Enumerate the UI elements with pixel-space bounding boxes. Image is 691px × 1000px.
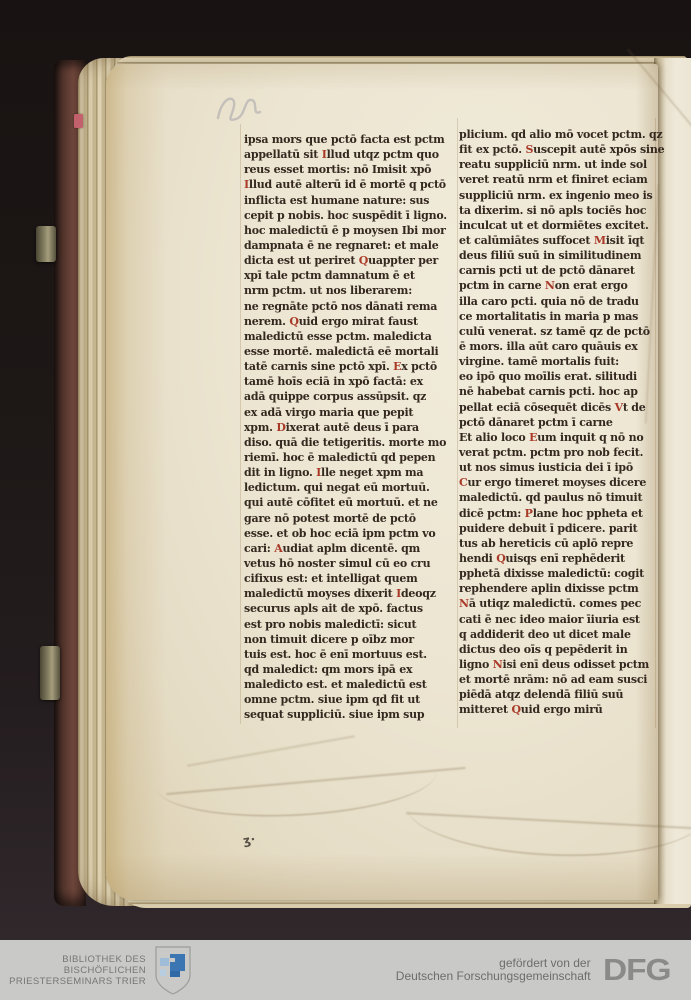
manuscript-line: et calūmiātes suffocet Misit īqt [459,233,659,248]
rubricated-initial: I [316,466,321,479]
manuscript-line: ipsa mors que pctō facta est pctm [244,132,458,147]
manuscript-line: veret reatū nrm et finiret eciam [459,172,659,187]
rubricated-initial: I [396,587,401,600]
rubricated-initial: D [276,421,285,434]
page-fold-arc [154,737,437,824]
manuscript-line: tuis est. hoc ē enī mortuus est. [244,647,458,662]
manuscript-line: adā quippe corpus assūpsit. qz [244,389,458,404]
manuscript-line: cifixus est: et intelligat quem [244,571,458,586]
manuscript-line: qd maledict: qm mors ipā ex [244,662,458,677]
manuscript-line: ligno Nisi enī deus odisset pctm [459,657,659,672]
manuscript-line: fit ex pctō. Suscepit autē xpōs sine [459,142,659,157]
manuscript-line: nrm pctm. ut nos liberarem: [244,283,458,298]
manuscript-line: riemī. hoc ē maledictū qd pepen [244,450,458,465]
manuscript-line: piēdā atqz delendā filiū suū [459,687,659,702]
manuscript-line: dit in ligno. Ille neget xpm ma [244,465,458,480]
funding-text-line2: Deutschen Forschungsgemeinschaft [396,970,591,984]
library-name-line3: PRIESTERSEMINARS TRIER [6,976,146,987]
page-crease [187,735,355,766]
manuscript-line: Cur ergo timeret moyses dicere [459,475,659,490]
manuscript-line: hoc maledictū ē p moysen Ibi mor [244,223,458,238]
manuscript-line: tatē carnis sine pctō xpī. Ex pctō [244,359,458,374]
manuscript-line: vetus hō noster simul cū eo cru [244,556,458,571]
manuscript-line: appellatū sit Illud utqz pctm quo [244,147,458,162]
manuscript-line: illa caro pcti. quia nō de tradu [459,294,659,309]
manuscript-line: suppliciū nrm. ex ingenio meo is [459,188,659,203]
rubricated-initial: N [459,597,469,610]
manuscript-line: culū venerat. sz tamē qz de pctō [459,324,659,339]
rubricated-initial: I [244,178,249,191]
manuscript-line: pctm in carne Non erat ergo [459,278,659,293]
rubricated-initial: Q [289,315,298,328]
manuscript-line: verat pctm. pctm pro nob fecit. [459,445,659,460]
library-credit: BIBLIOTHEK DES BISCHÖFLICHEN PRIESTERSEM… [6,942,194,998]
library-name: BIBLIOTHEK DES BISCHÖFLICHEN PRIESTERSEM… [6,954,146,987]
manuscript-line: qui autē cōfitet eū mortuū. et ne [244,495,458,510]
rubricated-initial: N [545,279,555,292]
clasp-top [36,226,56,262]
rubricated-initial: Q [511,703,520,716]
manuscript-line: pellat eciā cōsequēt dicēs Vt de [459,400,659,415]
library-name-line2: BISCHÖFLICHEN [6,965,146,976]
manuscript-line: inflicta est humane nature: sus [244,193,458,208]
manuscript-line: tus ab hereticis cū aplō repre [459,536,659,551]
rubricated-initial: Q [496,552,505,565]
manuscript-line: omne pctm. siue ipm qd fit ut [244,692,458,707]
manuscript-line: est pro nobis maledictī: sicut [244,617,458,632]
manuscript-line: plicium. qd alio mō vocet pctm. qz [459,127,659,142]
funding-credit: gefördert von der Deutschen Forschungsge… [396,952,665,988]
manuscript-line: securus apls ait de xpō. factus [244,601,458,616]
manuscript-line: pctō dānaret pctm ī carne [459,415,659,430]
library-shield-logo-icon [152,942,194,998]
manuscript-line: ledictum. qui negat eū mortuū. [244,480,458,495]
rubricated-initial: I [322,148,327,161]
manuscript-line: reatu suppliciū nrm. ut inde sol [459,157,659,172]
library-name-line1: BIBLIOTHEK DES [6,954,146,965]
manuscript-line: dicē pctm: Plane hoc ppheta et [459,506,659,521]
manuscript-line: nerem. Quid ergo mirat faust [244,314,458,329]
page-fold-arc [404,759,691,861]
manuscript-line: xpī tale pctm damnatum ē et [244,268,458,283]
manuscript-line: non timuit dicere p oībz mor [244,632,458,647]
manuscript-line: cepit p nobis. hoc suspēdit ī ligno. [244,208,458,223]
manuscript-line: et mortē nrām: nō ad eam susci [459,672,659,687]
manuscript-line: cari: Audiat aplm dicentē. qm [244,541,458,556]
footer-banner: BIBLIOTHEK DES BISCHÖFLICHEN PRIESTERSEM… [0,940,691,1000]
pencil-scribble [206,86,276,131]
manuscript-line: puidere debuit ī pdicere. parit [459,521,659,536]
page-crease [166,767,465,795]
funding-text: gefördert von der Deutschen Forschungsge… [396,957,591,984]
manuscript-line: gare nō potest mortē de pctō [244,511,458,526]
rubricated-initial: V [615,401,623,414]
manuscript-line: dictus deo oīs q pepēderit in [459,642,659,657]
manuscript-line: cati ē nec ideo maior īiuria est [459,612,659,627]
manuscript-line: ut nos simus iusticia dei ī ipō [459,460,659,475]
dfg-logo: DFG [603,952,670,988]
manuscript-line: ne regnāte pctō nos dānati rema [244,299,458,314]
manuscript-line: mitteret Quid ergo mirū [459,702,659,717]
rubricated-initial: E [393,360,401,373]
manuscript-line: xpm. Dixerat autē deus ī para [244,420,458,435]
rubricated-initial: N [493,658,503,671]
manuscript-line: dicta est ut periret Quappter per [244,253,458,268]
manuscript-line: virgine. tamē mortalis fuit: [459,354,659,369]
rubricated-initial: Q [359,254,368,267]
rubricated-initial: S [525,143,533,156]
manuscript-line: pphetā dixisse maledictū: cogit [459,566,659,581]
manuscript-line: q addiderit deo ut dicet male [459,627,659,642]
manuscript-line: maledictū esse pctm. maledicta [244,329,458,344]
manuscript-line: hendi Quisqs enī rephēderit [459,551,659,566]
manuscript-line: diso. quā die tetigeritis. morte mo [244,435,458,450]
manuscript-line: sequat suppliciū. siue ipm sup [244,707,458,722]
manuscript-line: nē habebat carnis pcti. hoc ap [459,384,659,399]
manuscript-line: esse. et ob hoc eciā ipm pctm vo [244,526,458,541]
spine-sticker [74,114,83,128]
rubricated-initial: M [594,234,606,247]
manuscript-line: inculcat ut et dormiētes excitet. [459,218,659,233]
bottom-margin-mark: ʒ· [242,832,256,848]
funding-text-line1: gefördert von der [396,957,591,971]
manuscript-line: carnis pcti ut de pctō dānaret [459,263,659,278]
manuscript-line: reus esset mortis: nō Imisit xpō [244,162,458,177]
manuscript-line: ex adā virgo maria que pepit [244,405,458,420]
manuscript-line: maledictū. qd paulus nō timuit [459,490,659,505]
text-column-right: plicium. qd alio mō vocet pctm. qzfit ex… [459,127,659,717]
manuscript-line: esse mortē. maledictā eē mortali [244,344,458,359]
manuscript-line: eo ipō quo moīlis erat. silitudi [459,369,659,384]
manuscript-line: ē mors. illa aūt caro quāuis ex [459,339,659,354]
page-crease [406,812,691,830]
manuscript-line: Nā utiqz maledictū. comes pec [459,596,659,611]
manuscript-line: maledictū moyses dixerit Ideoqz [244,586,458,601]
rubricated-initial: C [459,476,468,489]
clasp-bottom [40,646,60,700]
text-column-left: ipsa mors que pctō facta est pctmappella… [244,132,458,722]
manuscript-line: tamē hoīs eciā in xpō factā: ex [244,374,458,389]
rubricated-initial: E [529,431,537,444]
digitized-manuscript-photo: ipsa mors que pctō facta est pctmappella… [0,0,691,1000]
manuscript-line: ta dixerim. si nō apls tociēs hoc [459,203,659,218]
manuscript-line: dampnata ē ne regnaret: et male [244,238,458,253]
facing-page-sliver [654,58,691,904]
manuscript-line: ce mortalitatis in maria p mas [459,309,659,324]
manuscript-line: deus filiū suū in similitudinem [459,248,659,263]
manuscript-line: Et alio loco Eum inquit q nō no [459,430,659,445]
manuscript-line: rephendere aplin dixisse pctm [459,581,659,596]
manuscript-line: maledicto est. et maledictū est [244,677,458,692]
rubricated-initial: A [274,542,282,555]
rubricated-initial: P [525,507,533,520]
manuscript-line: Illud autē alterū id ē mortē q pctō [244,177,458,192]
